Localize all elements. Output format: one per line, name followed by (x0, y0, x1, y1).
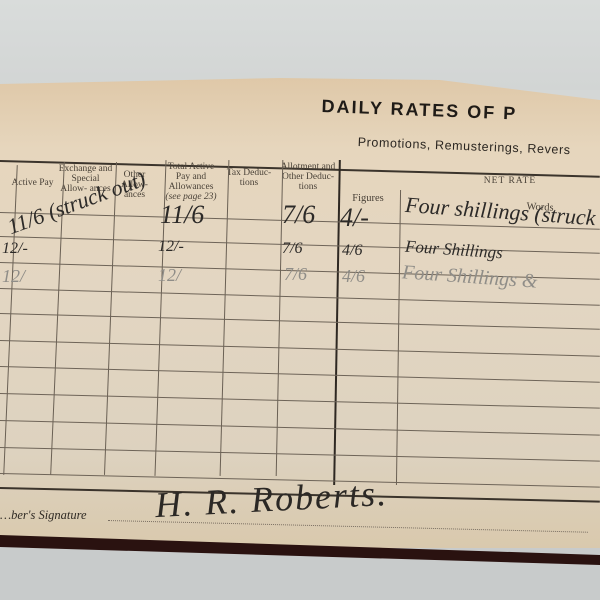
cell-allotment-row3: 7/6 (284, 264, 307, 285)
header-tax-deductions: Tax Deduc- tions (225, 168, 273, 188)
cell-total-active-pay-row2: 12/- (158, 238, 184, 256)
cell-figures-row3: 4/6 (342, 266, 365, 287)
cell-total-active-pay-row1: 11/6 (160, 200, 204, 230)
signature-label: …ber's Signature (0, 508, 87, 523)
cell-figures-row1: 4/- (340, 203, 369, 233)
cell-total-active-pay-row3: 12/ (158, 265, 181, 286)
background-surface (0, 0, 600, 90)
cell-allotment-row2: 7/6 (282, 240, 302, 258)
header-total-active-pay: Total Active Pay and Allowances (see pag… (160, 162, 222, 202)
cell-figures-row2: 4/6 (342, 242, 362, 260)
cell-active-pay-row3: 12/ (2, 266, 25, 287)
cell-active-pay-row2: 12/- (2, 240, 28, 258)
cell-allotment-row1: 7/6 (282, 200, 315, 230)
header-allotment-deductions: Allotment and Other Deduc- tions (280, 162, 336, 192)
header-net-rate: NET RATE (470, 176, 550, 186)
header-total-active-pay-label: Total Active Pay and Allowances (168, 162, 215, 192)
